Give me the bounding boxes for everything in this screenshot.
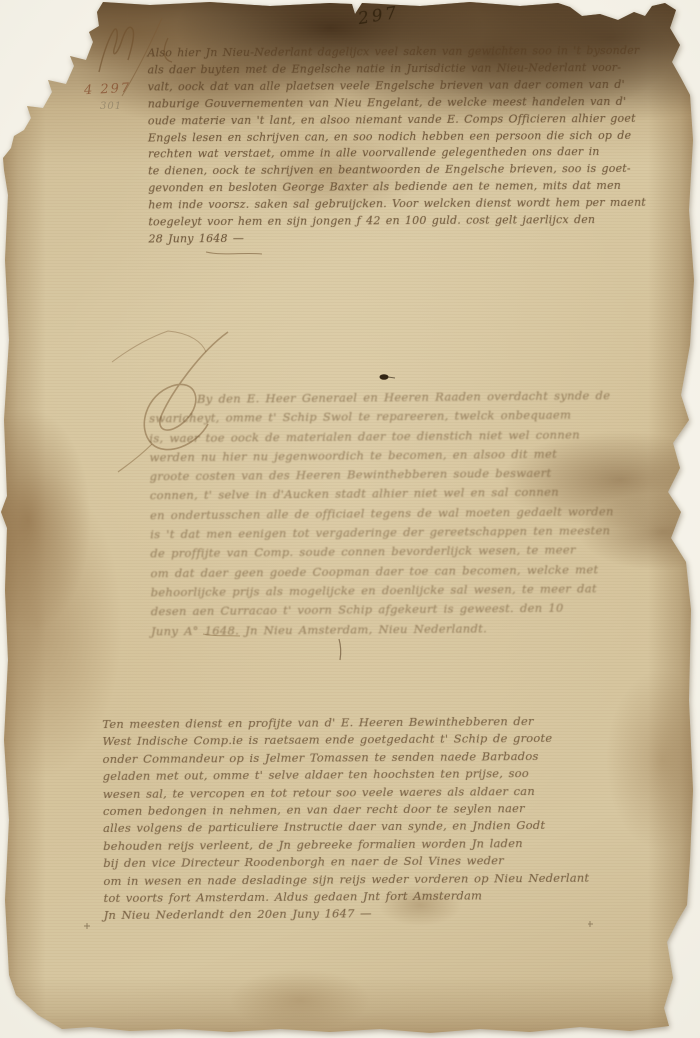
pen-tick-icon bbox=[339, 639, 341, 660]
cross-speck-right-icon bbox=[588, 921, 593, 927]
date-underline-entry1-icon bbox=[206, 252, 262, 254]
archival-margin-note: 4 297 bbox=[84, 81, 132, 98]
page-number: 297 bbox=[357, 3, 401, 29]
archival-margin-note-faint: 301 bbox=[100, 101, 122, 112]
manuscript-entry-3: Ten meesten dienst en profijte van d' E.… bbox=[102, 712, 689, 925]
manuscript-entry-1: Also hier Jn Nieu-Nederlant dagelijcx ve… bbox=[147, 43, 692, 249]
pen-flourish-entry2-tail-icon bbox=[118, 444, 152, 472]
ink-blot-tail-icon bbox=[388, 377, 395, 378]
cross-speck-left-icon bbox=[84, 923, 90, 929]
ink-blot-icon bbox=[380, 374, 389, 380]
manuscript-page: 297 4 297 301 Also hier Jn Nieu-Nederlan… bbox=[0, 0, 700, 1038]
pen-flourish-top-left-icon bbox=[99, 27, 134, 72]
paper-shadow-wrap: 297 4 297 301 Also hier Jn Nieu-Nederlan… bbox=[0, 0, 700, 1038]
pen-flourish-entry2-ascender-icon bbox=[112, 331, 206, 362]
manuscript-entry-2: By den E. Heer Generael en Heeren Raaden… bbox=[149, 386, 675, 641]
document-scan: 297 4 297 301 Also hier Jn Nieu-Nederlan… bbox=[0, 0, 700, 1038]
